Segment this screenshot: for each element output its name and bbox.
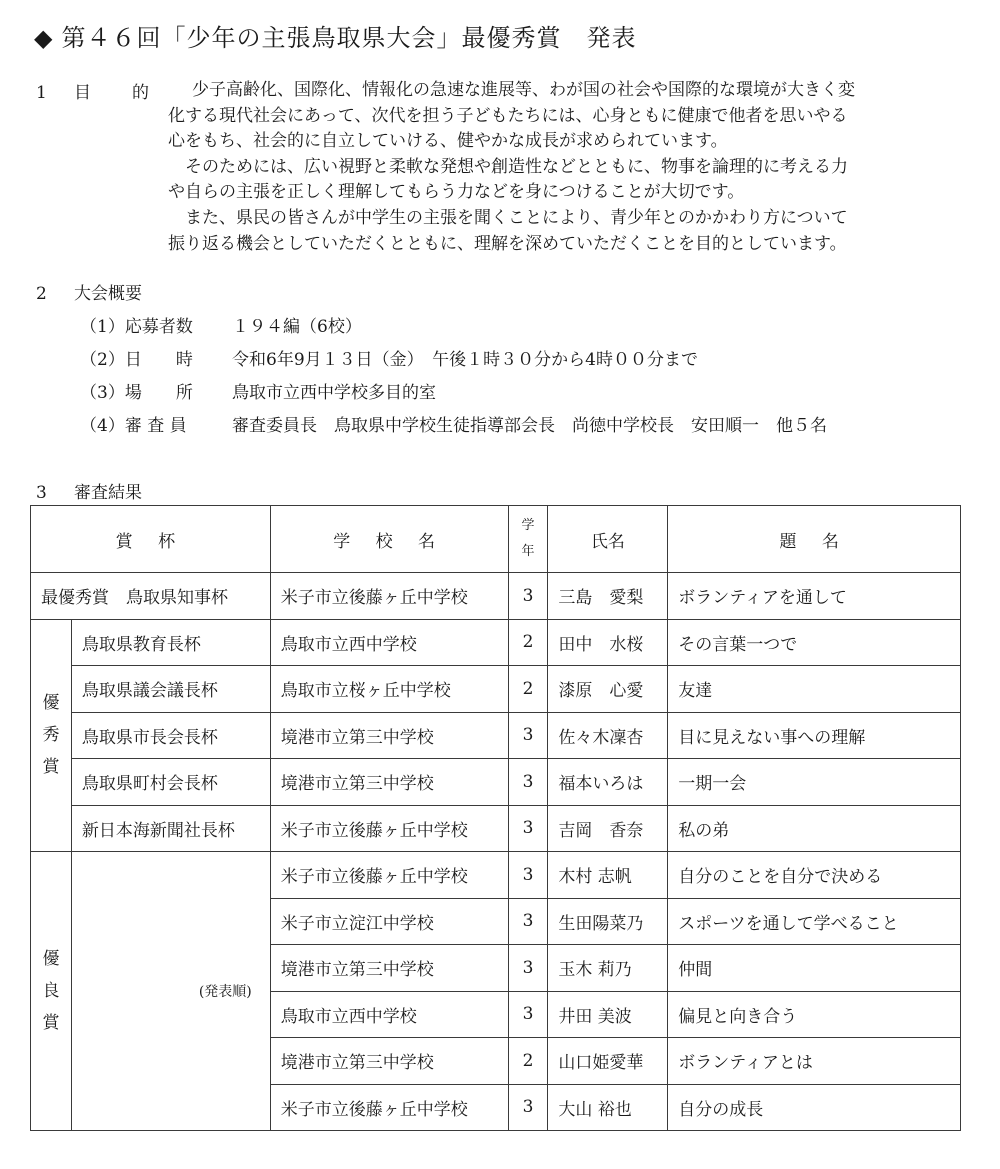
group-label-excellence: 優 秀 賞	[31, 619, 72, 852]
purpose-line: そのためには、広い視野と柔軟な発想や創造性などとともに、物事を論理的に考える力	[168, 155, 958, 181]
overview-heading-text: 大会概要	[74, 284, 142, 304]
table-row: 優 良 賞 (発表順) 米子市立後藤ヶ丘中学校 3 木村 志帆 自分のことを自分…	[31, 852, 961, 899]
cell-school: 境港市立第三中学校	[270, 712, 508, 759]
cell-award: 鳥取県議会議長杯	[71, 666, 270, 713]
cell-title: 私の弟	[668, 805, 961, 852]
table-row-grand-prize: 最優秀賞 鳥取県知事杯 米子市立後藤ヶ丘中学校 3 三島 愛梨 ボランティアを通…	[31, 573, 961, 620]
cell-title: ボランティアとは	[668, 1038, 961, 1085]
header-title: 題 名	[668, 506, 961, 573]
cell-title: その言葉一つで	[668, 619, 961, 666]
cell-award: 新日本海新聞社長杯	[71, 805, 270, 852]
cell-grade: 3	[508, 945, 548, 992]
section-number: 1	[36, 83, 74, 103]
cell-title: 目に見えない事への理解	[668, 712, 961, 759]
purpose-label-a: 目	[74, 78, 132, 103]
group-label-char: 秀	[31, 719, 71, 751]
cell-name: 大山 裕也	[548, 1084, 668, 1131]
results-heading: 3審査結果	[36, 478, 142, 503]
purpose-heading: 1目的	[36, 78, 149, 103]
cell-grade: 2	[508, 1038, 548, 1085]
cell-award: 鳥取県市長会長杯	[71, 712, 270, 759]
purpose-line: また、県民の皆さんが中学生の主張を聞くことにより、青少年とのかかわり方について	[168, 206, 958, 232]
table-row: 新日本海新聞社長杯 米子市立後藤ヶ丘中学校 3 吉岡 香奈 私の弟	[31, 805, 961, 852]
overview-item-applicants: （1）応募者数１９４編（6校）	[80, 312, 362, 337]
results-heading-text: 審査結果	[74, 483, 142, 503]
cell-grade: 3	[508, 573, 548, 620]
cell-grade: 2	[508, 619, 548, 666]
cell-name: 漆原 心愛	[548, 666, 668, 713]
cell-title: 自分の成長	[668, 1084, 961, 1131]
purpose-line: 少子高齢化、国際化、情報化の急速な進展等、わが国の社会や国際的な環境が大きく変	[192, 78, 958, 104]
page-title-text: 第４６回「少年の主張鳥取県大会」最優秀賞 発表	[61, 24, 636, 52]
table-row: 優 秀 賞 鳥取県教育長杯 鳥取市立西中学校 2 田中 水桜 その言葉一つで	[31, 619, 961, 666]
overview-heading: 2大会概要	[36, 279, 142, 304]
cell-name: 生田陽菜乃	[548, 898, 668, 945]
purpose-body: 少子高齢化、国際化、情報化の急速な進展等、わが国の社会や国際的な環境が大きく変 …	[168, 78, 958, 257]
cell-title: 自分のことを自分で決める	[668, 852, 961, 899]
overview-item-venue: （3）場 所鳥取市立西中学校多目的室	[80, 378, 436, 403]
group-label-char: 優	[31, 687, 71, 719]
header-grade-top: 学	[509, 513, 548, 539]
cell-school: 米子市立淀江中学校	[270, 898, 508, 945]
cell-school: 鳥取市立西中学校	[270, 991, 508, 1038]
cell-school: 境港市立第三中学校	[270, 945, 508, 992]
table-row: 鳥取県議会議長杯 鳥取市立桜ヶ丘中学校 2 漆原 心愛 友達	[31, 666, 961, 713]
overview-key: （1）応募者数	[80, 312, 232, 337]
cell-name: 木村 志帆	[548, 852, 668, 899]
header-grade: 学年	[508, 506, 548, 573]
cell-title: 偏見と向き合う	[668, 991, 961, 1038]
cell-name: 山口姫愛華	[548, 1038, 668, 1085]
cell-grade: 3	[508, 1084, 548, 1131]
overview-value: 審査委員長 鳥取県中学校生徒指導部会長 尚徳中学校長 安田順一 他５名	[232, 416, 827, 436]
group-label-merit: 優 良 賞	[31, 852, 72, 1131]
cell-school: 米子市立後藤ヶ丘中学校	[270, 573, 508, 620]
group-label-char: 優	[31, 943, 71, 975]
overview-item-datetime: （2）日 時令和6年9月１３日（金） 午後１時３０分から4時００分まで	[80, 345, 698, 370]
cell-name: 玉木 莉乃	[548, 945, 668, 992]
overview-key: （3）場 所	[80, 378, 232, 403]
cell-name: 福本いろは	[548, 759, 668, 806]
cell-title: 仲間	[668, 945, 961, 992]
table-header-row: 賞 杯 学 校 名 学年 氏名 題 名	[31, 506, 961, 573]
overview-value: １９４編（6校）	[232, 317, 362, 337]
cell-grade: 3	[508, 712, 548, 759]
cell-award: 最優秀賞 鳥取県知事杯	[31, 573, 271, 620]
purpose-label-b: 的	[132, 83, 149, 103]
cell-grade: 3	[508, 805, 548, 852]
table-row: 鳥取県市長会長杯 境港市立第三中学校 3 佐々木凜杏 目に見えない事への理解	[31, 712, 961, 759]
section-number: 2	[36, 284, 74, 304]
purpose-line: 心をもち、社会的に自立していける、健やかな成長が求められています。	[168, 129, 958, 155]
cell-title: スポーツを通して学べること	[668, 898, 961, 945]
diamond-bullet-icon: ◆	[34, 24, 53, 52]
header-grade-bottom: 年	[509, 539, 548, 565]
cell-school: 境港市立第三中学校	[270, 1038, 508, 1085]
cell-title: 友達	[668, 666, 961, 713]
cell-award: 鳥取県教育長杯	[71, 619, 270, 666]
overview-value: 鳥取市立西中学校多目的室	[232, 383, 436, 403]
cell-school: 米子市立後藤ヶ丘中学校	[270, 805, 508, 852]
cell-title: ボランティアを通して	[668, 573, 961, 620]
purpose-line: 振り返る機会としていただくとともに、理解を深めていただくことを目的としています。	[168, 232, 958, 258]
cell-award: 鳥取県町村会長杯	[71, 759, 270, 806]
header-award: 賞 杯	[31, 506, 271, 573]
group-label-char: 賞	[31, 751, 71, 783]
cell-name: 田中 水桜	[548, 619, 668, 666]
cell-grade: 3	[508, 852, 548, 899]
presentation-order-note: (発表順)	[71, 852, 270, 1131]
group-label-char: 良	[31, 975, 71, 1007]
overview-key: （2）日 時	[80, 345, 232, 370]
section-number: 3	[36, 483, 74, 503]
group-label-char: 賞	[31, 1007, 71, 1039]
purpose-line: や自らの主張を正しく理解してもらう力などを身につけることが大切です。	[168, 180, 958, 206]
cell-grade: 3	[508, 898, 548, 945]
cell-school: 鳥取市立西中学校	[270, 619, 508, 666]
cell-grade: 3	[508, 759, 548, 806]
purpose-line: 化する現代社会にあって、次代を担う子どもたちには、心身ともに健康で他者を思いやる	[168, 104, 958, 130]
overview-key: （4）審 査 員	[80, 411, 232, 436]
cell-grade: 2	[508, 666, 548, 713]
cell-grade: 3	[508, 991, 548, 1038]
cell-name: 三島 愛梨	[548, 573, 668, 620]
cell-school: 米子市立後藤ヶ丘中学校	[270, 852, 508, 899]
cell-name: 吉岡 香奈	[548, 805, 668, 852]
results-table: 賞 杯 学 校 名 学年 氏名 題 名 最優秀賞 鳥取県知事杯 米子市立後藤ヶ丘…	[30, 505, 961, 1131]
header-name: 氏名	[548, 506, 668, 573]
header-school: 学 校 名	[270, 506, 508, 573]
page-title: ◆第４６回「少年の主張鳥取県大会」最優秀賞 発表	[34, 18, 636, 53]
overview-value: 令和6年9月１３日（金） 午後１時３０分から4時００分まで	[232, 350, 698, 370]
cell-school: 境港市立第三中学校	[270, 759, 508, 806]
cell-title: 一期一会	[668, 759, 961, 806]
cell-school: 鳥取市立桜ヶ丘中学校	[270, 666, 508, 713]
cell-name: 佐々木凜杏	[548, 712, 668, 759]
table-row: 鳥取県町村会長杯 境港市立第三中学校 3 福本いろは 一期一会	[31, 759, 961, 806]
overview-item-judges: （4）審 査 員審査委員長 鳥取県中学校生徒指導部会長 尚徳中学校長 安田順一 …	[80, 411, 827, 436]
cell-name: 井田 美波	[548, 991, 668, 1038]
cell-school: 米子市立後藤ヶ丘中学校	[270, 1084, 508, 1131]
